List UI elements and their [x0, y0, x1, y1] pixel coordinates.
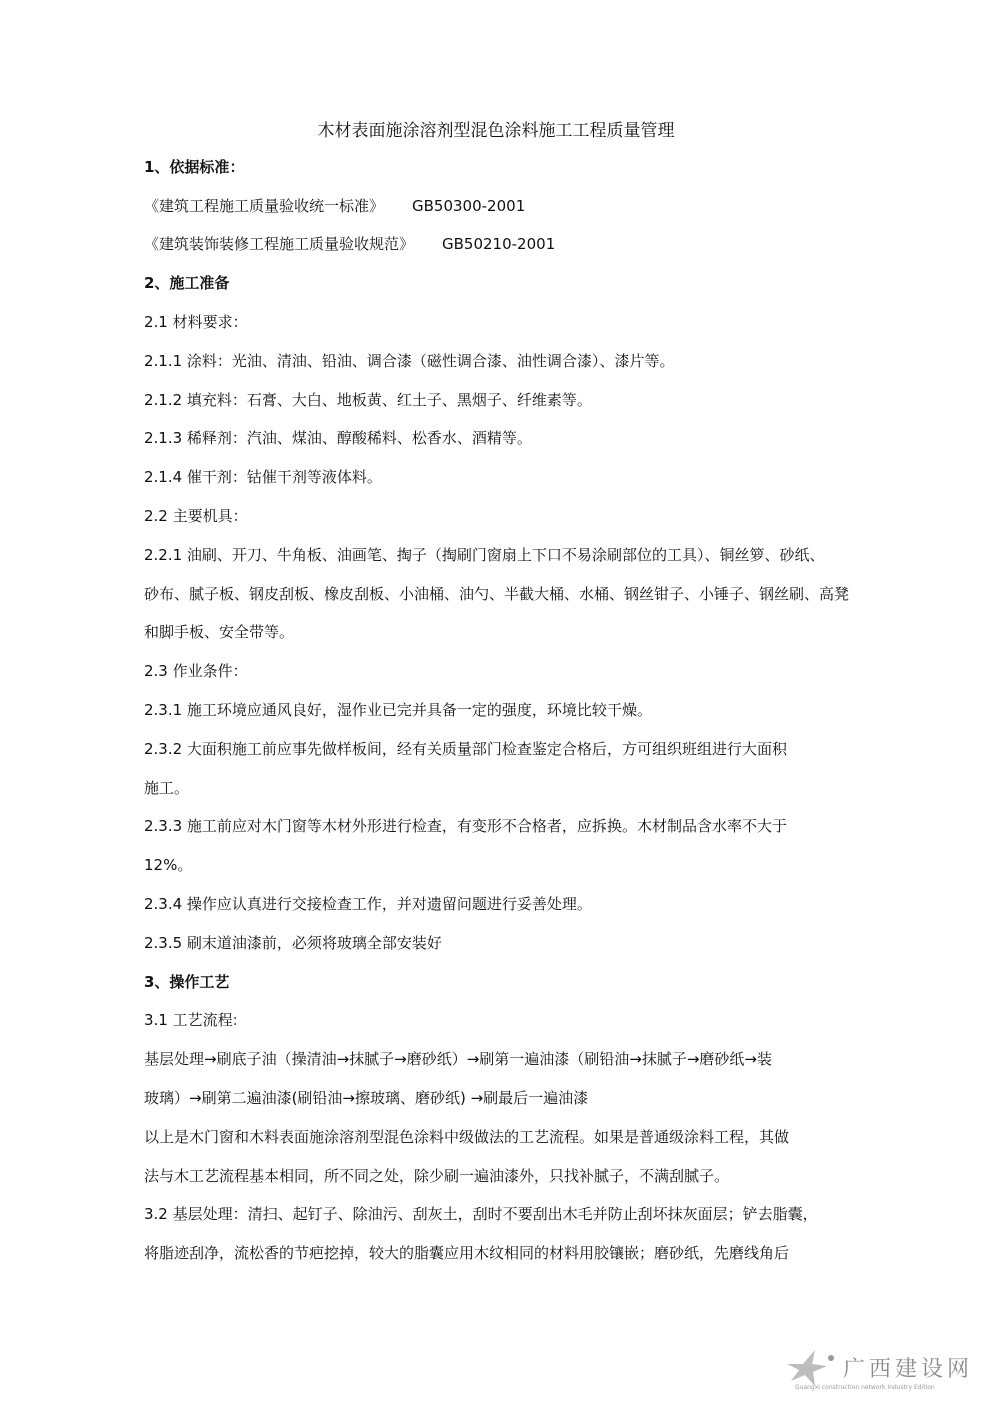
paragraph-line: 2.3.3 施工前应对木门窗等木材外形进行检查，有变形不合格者，应拆换。木材制品…	[144, 815, 787, 837]
watermark: 广西建设网 Guangxi construction network Indus…	[785, 1348, 985, 1398]
line-text: 《建筑工程施工质量验收统一标准》	[144, 197, 384, 215]
line-text: 2、施工准备	[144, 274, 229, 292]
paragraph-line: 2.3.4 操作应认真进行交接检查工作，并对遗留问题进行妥善处理。	[144, 893, 592, 915]
paragraph-line: 和脚手板、安全带等。	[144, 621, 294, 643]
line-text: 2.3.5 刷末道油漆前，必须将玻璃全部安装好	[144, 934, 442, 952]
section-heading: 1、依据标准：	[144, 156, 244, 178]
line-text: 基层处理→刷底子油（操清油→抹腻子→磨砂纸）→刷第一遍油漆（刷铅油→抹腻子→磨砂…	[144, 1050, 772, 1068]
line-text: 施工。	[144, 779, 189, 797]
paragraph-line: 施工。	[144, 777, 189, 799]
paragraph-line: 2.1.1 涂料：光油、清油、铅油、调合漆（磁性调合漆、油性调合漆）、漆片等。	[144, 350, 674, 372]
document-page: 木材表面施涂溶剂型混色涂料施工工程质量管理 1、依据标准：《建筑工程施工质量验收…	[0, 0, 992, 1403]
line-text: 2.2.1 油刷、开刀、牛角板、油画笔、掏子（掏刷门窗扇上下口不易涂刷部位的工具…	[144, 546, 824, 564]
line-text: 将脂迹刮净，流松香的节疤挖掉，较大的脂囊应用木纹相同的材料用胶镶嵌；磨砂纸，先磨…	[144, 1244, 789, 1262]
line-text: 12%。	[144, 856, 192, 874]
paragraph-line: 《建筑工程施工质量验收统一标准》GB50300-2001	[144, 195, 525, 217]
paragraph-line: 法与木工艺流程基本相同，所不同之处，除少刷一遍油漆外，只找补腻子，不满刮腻子。	[144, 1165, 729, 1187]
paragraph-line: 2.3 作业条件：	[144, 660, 248, 682]
section-heading: 3、操作工艺	[144, 971, 229, 993]
line-text: 2.1.4 催干剂：钴催干剂等液体料。	[144, 468, 382, 486]
line-text: 2.3 作业条件：	[144, 662, 248, 680]
red-colon: :	[233, 1011, 238, 1029]
line-text: 3.2 基层处理：清扫、起钉子、除油污、刮灰土，刮时不要刮出木毛并防止刮坏抹灰面…	[144, 1205, 818, 1223]
line-text: 2.1.3 稀释剂：汽油、煤油、醇酸稀料、松香水、酒精等。	[144, 429, 532, 447]
paragraph-line: 12%。	[144, 854, 192, 876]
line-text: 3、操作工艺	[144, 973, 229, 991]
paragraph-line: 3.2 基层处理：清扫、起钉子、除油污、刮灰土，刮时不要刮出木毛并防止刮坏抹灰面…	[144, 1203, 818, 1225]
line-text: 砂布、腻子板、钢皮刮板、橡皮刮板、小油桶、油勺、半截大桶、水桶、钢丝钳子、小锤子…	[144, 585, 849, 603]
watermark-subtitle: Guangxi construction network Industry Ed…	[795, 1384, 935, 1391]
line-text: 3.1 工艺流程	[144, 1011, 233, 1029]
paragraph-line: 2.1.4 催干剂：钴催干剂等液体料。	[144, 466, 382, 488]
paragraph-line: 2.1 材料要求：	[144, 311, 248, 333]
line-text: 2.2 主要机具：	[144, 507, 248, 525]
line-text: 2.3.4 操作应认真进行交接检查工作，并对遗留问题进行妥善处理。	[144, 895, 592, 913]
paragraph-line: 3.1 工艺流程:	[144, 1009, 238, 1031]
paragraph-line: 2.2.1 油刷、开刀、牛角板、油画笔、掏子（掏刷门窗扇上下口不易涂刷部位的工具…	[144, 544, 824, 566]
line-text: 1、依据标准：	[144, 158, 244, 176]
paragraph-line: 《建筑装饰装修工程施工质量验收规范》GB50210-2001	[144, 233, 555, 255]
paragraph-line: 2.1.2 填充料：石膏、大白、地板黄、红土子、黑烟子、纤维素等。	[144, 389, 592, 411]
section-heading: 2、施工准备	[144, 272, 229, 294]
line-text: 2.3.3 施工前应对木门窗等木材外形进行检查，有变形不合格者，应拆换。木材制品…	[144, 817, 787, 835]
line-text: 法与木工艺流程基本相同，所不同之处，除少刷一遍油漆外，只找补腻子，不满刮腻子。	[144, 1167, 729, 1185]
line-text: 2.3.2 大面积施工前应事先做样板间，经有关质量部门检查鉴定合格后，方可组织班…	[144, 740, 787, 758]
line-text: 2.3.1 施工环境应通风良好，湿作业已完并具备一定的强度，环境比较干燥。	[144, 701, 652, 719]
star-logo-icon	[785, 1348, 835, 1388]
paragraph-line: 2.1.3 稀释剂：汽油、煤油、醇酸稀料、松香水、酒精等。	[144, 427, 532, 449]
paragraph-line: 2.3.2 大面积施工前应事先做样板间，经有关质量部门检查鉴定合格后，方可组织班…	[144, 738, 787, 760]
line-text: 以上是木门窗和木料表面施涂溶剂型混色涂料中级做法的工艺流程。如果是普通级涂料工程…	[144, 1128, 789, 1146]
paragraph-line: 2.3.5 刷末道油漆前，必须将玻璃全部安装好	[144, 932, 442, 954]
paragraph-line: 以上是木门窗和木料表面施涂溶剂型混色涂料中级做法的工艺流程。如果是普通级涂料工程…	[144, 1126, 789, 1148]
line-text: 2.1 材料要求：	[144, 313, 248, 331]
paragraph-line: 砂布、腻子板、钢皮刮板、橡皮刮板、小油桶、油勺、半截大桶、水桶、钢丝钳子、小锤子…	[144, 583, 849, 605]
paragraph-line: 基层处理→刷底子油（操清油→抹腻子→磨砂纸）→刷第一遍油漆（刷铅油→抹腻子→磨砂…	[144, 1048, 772, 1070]
document-title: 木材表面施涂溶剂型混色涂料施工工程质量管理	[0, 119, 992, 143]
paragraph-line: 2.2 主要机具：	[144, 505, 248, 527]
paragraph-line: 玻璃）→刷第二遍油漆(刷铅油→擦玻璃、磨砂纸) →刷最后一遍油漆	[144, 1087, 588, 1109]
paragraph-line: 2.3.1 施工环境应通风良好，湿作业已完并具备一定的强度，环境比较干燥。	[144, 699, 652, 721]
standard-code: GB50300-2001	[412, 197, 525, 215]
paragraph-line: 将脂迹刮净，流松香的节疤挖掉，较大的脂囊应用木纹相同的材料用胶镶嵌；磨砂纸，先磨…	[144, 1242, 789, 1264]
standard-code: GB50210-2001	[442, 235, 555, 253]
watermark-title: 广西建设网	[843, 1352, 973, 1383]
line-text: 和脚手板、安全带等。	[144, 623, 294, 641]
line-text: 《建筑装饰装修工程施工质量验收规范》	[144, 235, 414, 253]
line-text: 玻璃）→刷第二遍油漆(刷铅油→擦玻璃、磨砂纸) →刷最后一遍油漆	[144, 1089, 588, 1107]
line-text: 2.1.2 填充料：石膏、大白、地板黄、红土子、黑烟子、纤维素等。	[144, 391, 592, 409]
line-text: 2.1.1 涂料：光油、清油、铅油、调合漆（磁性调合漆、油性调合漆）、漆片等。	[144, 352, 674, 370]
